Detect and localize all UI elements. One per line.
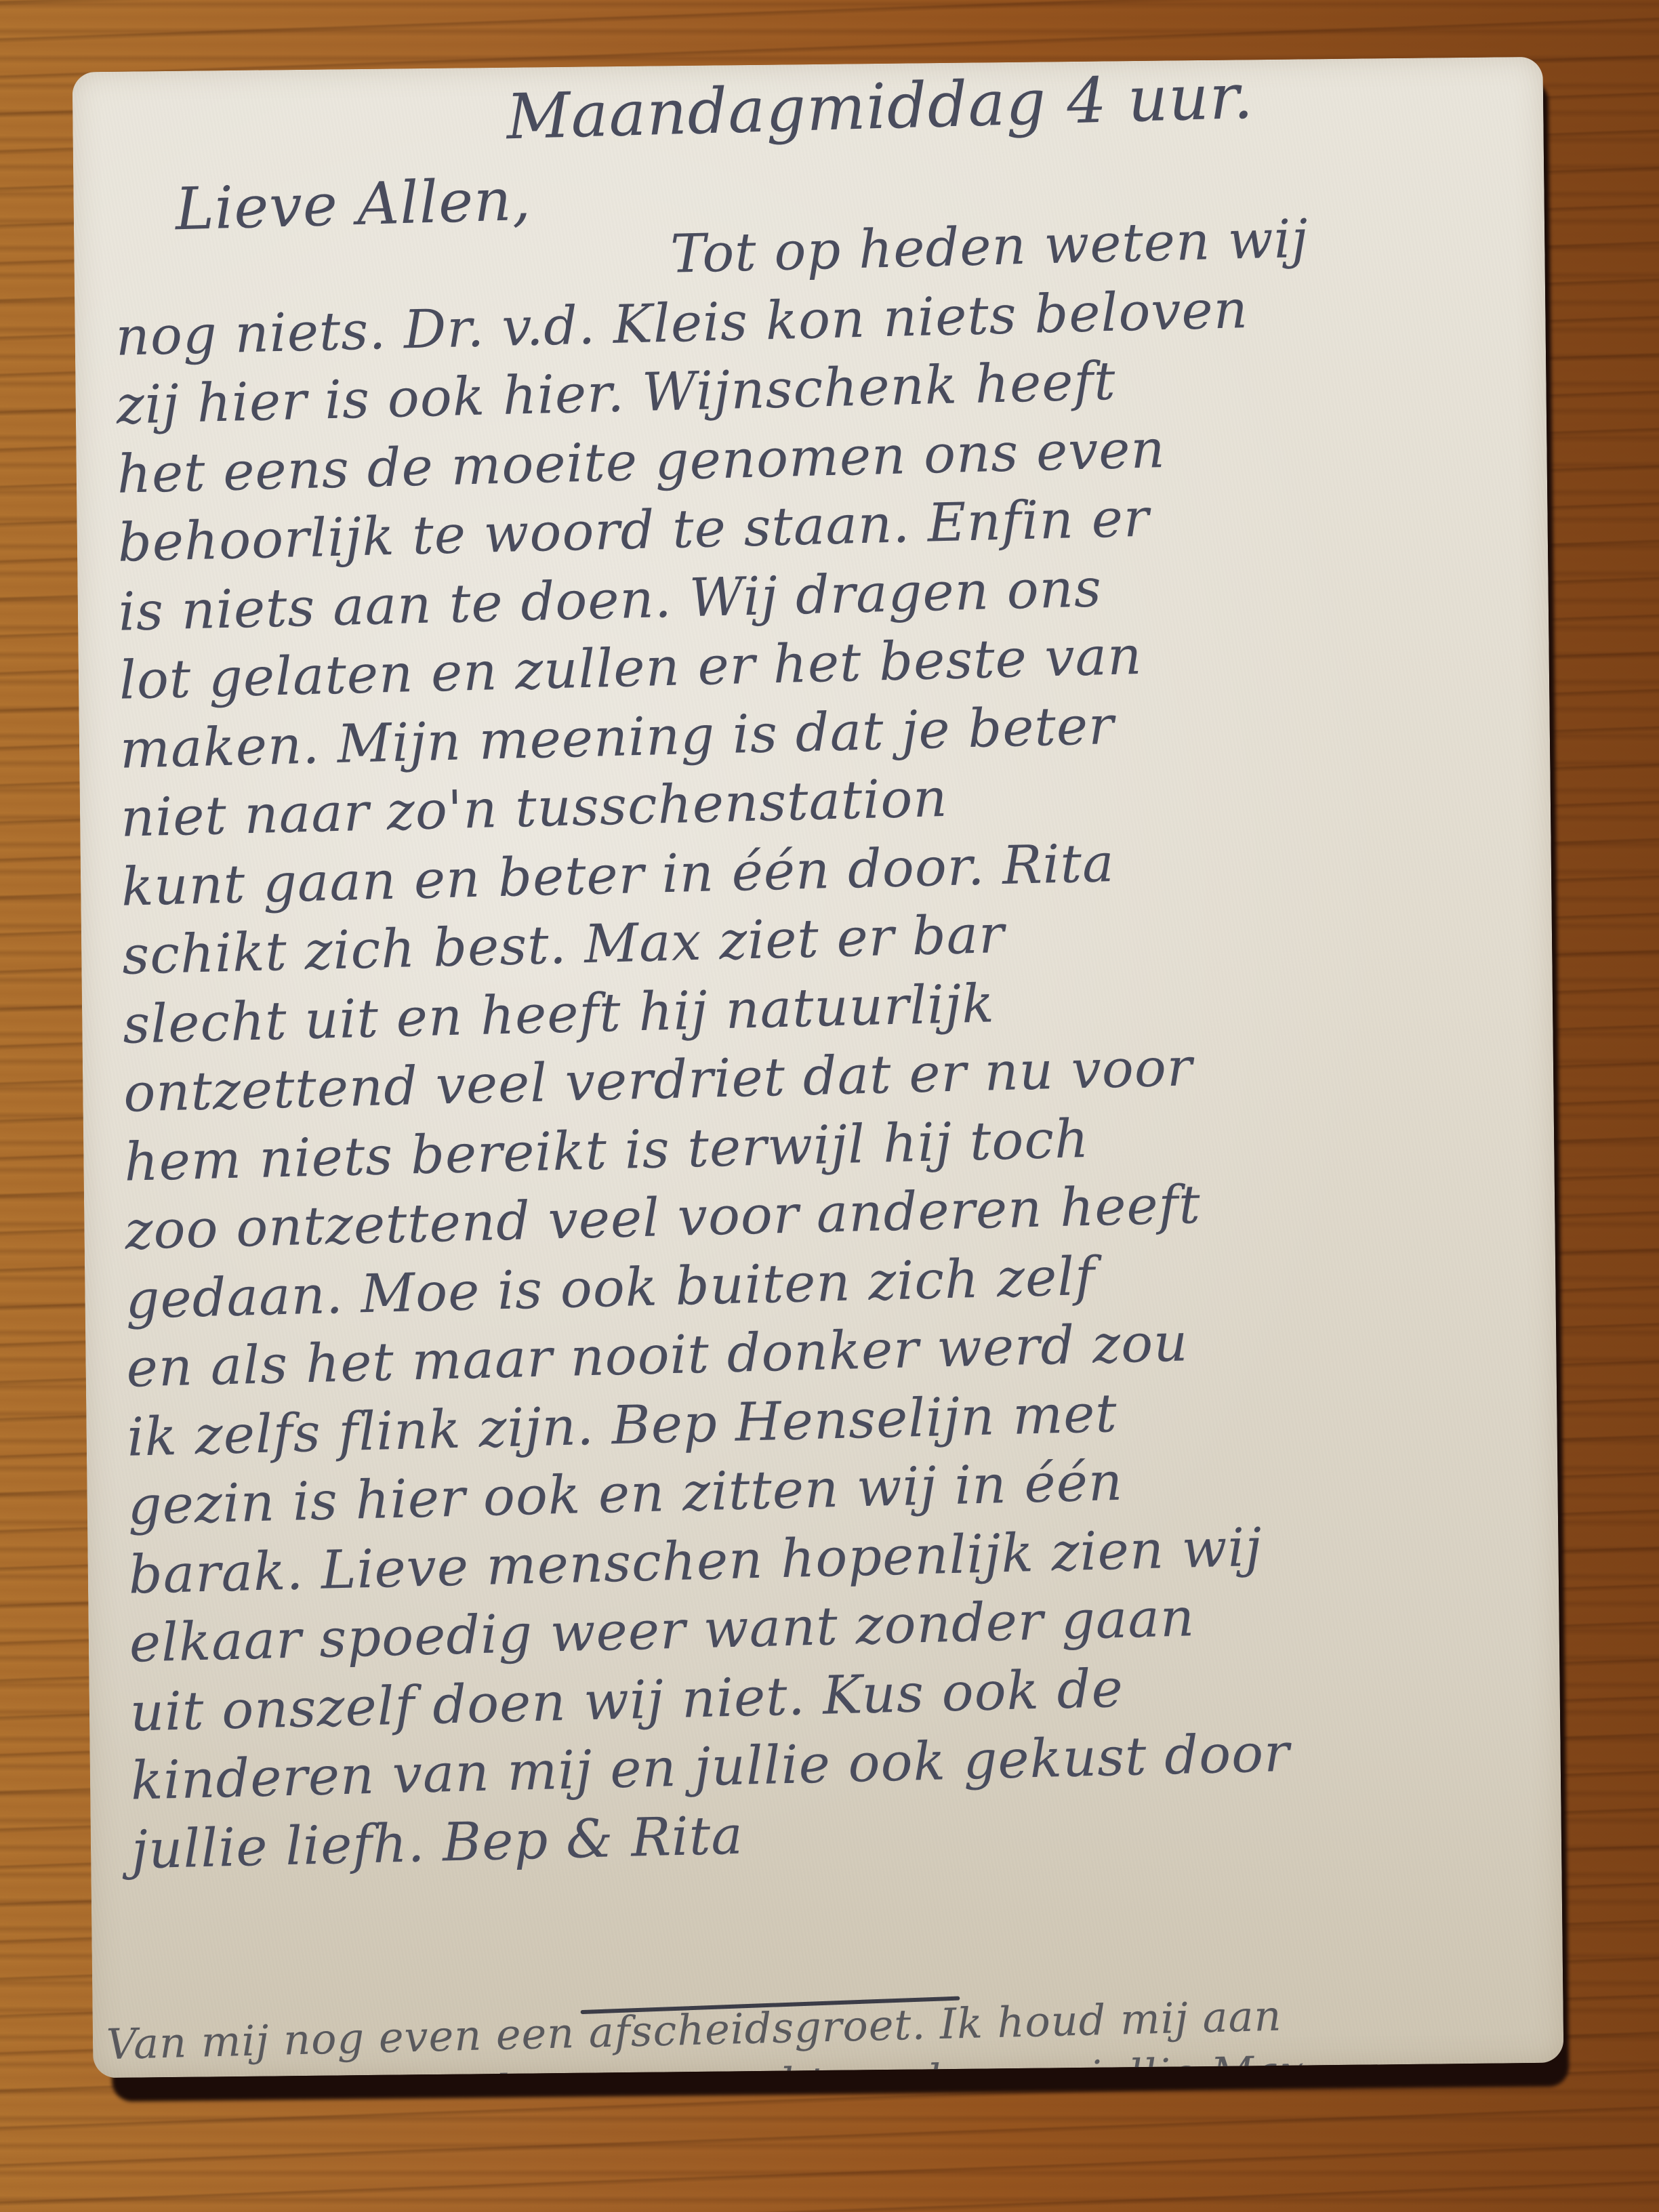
date-line: Maandagmiddag 4 uur. [506, 60, 1254, 154]
letter-sheet: Maandagmiddag 4 uur. Lieve Allen, Tot op… [73, 57, 1564, 2078]
letter-body: Tot op heden weten wij nog niets. Dr. v.… [115, 220, 1548, 1885]
